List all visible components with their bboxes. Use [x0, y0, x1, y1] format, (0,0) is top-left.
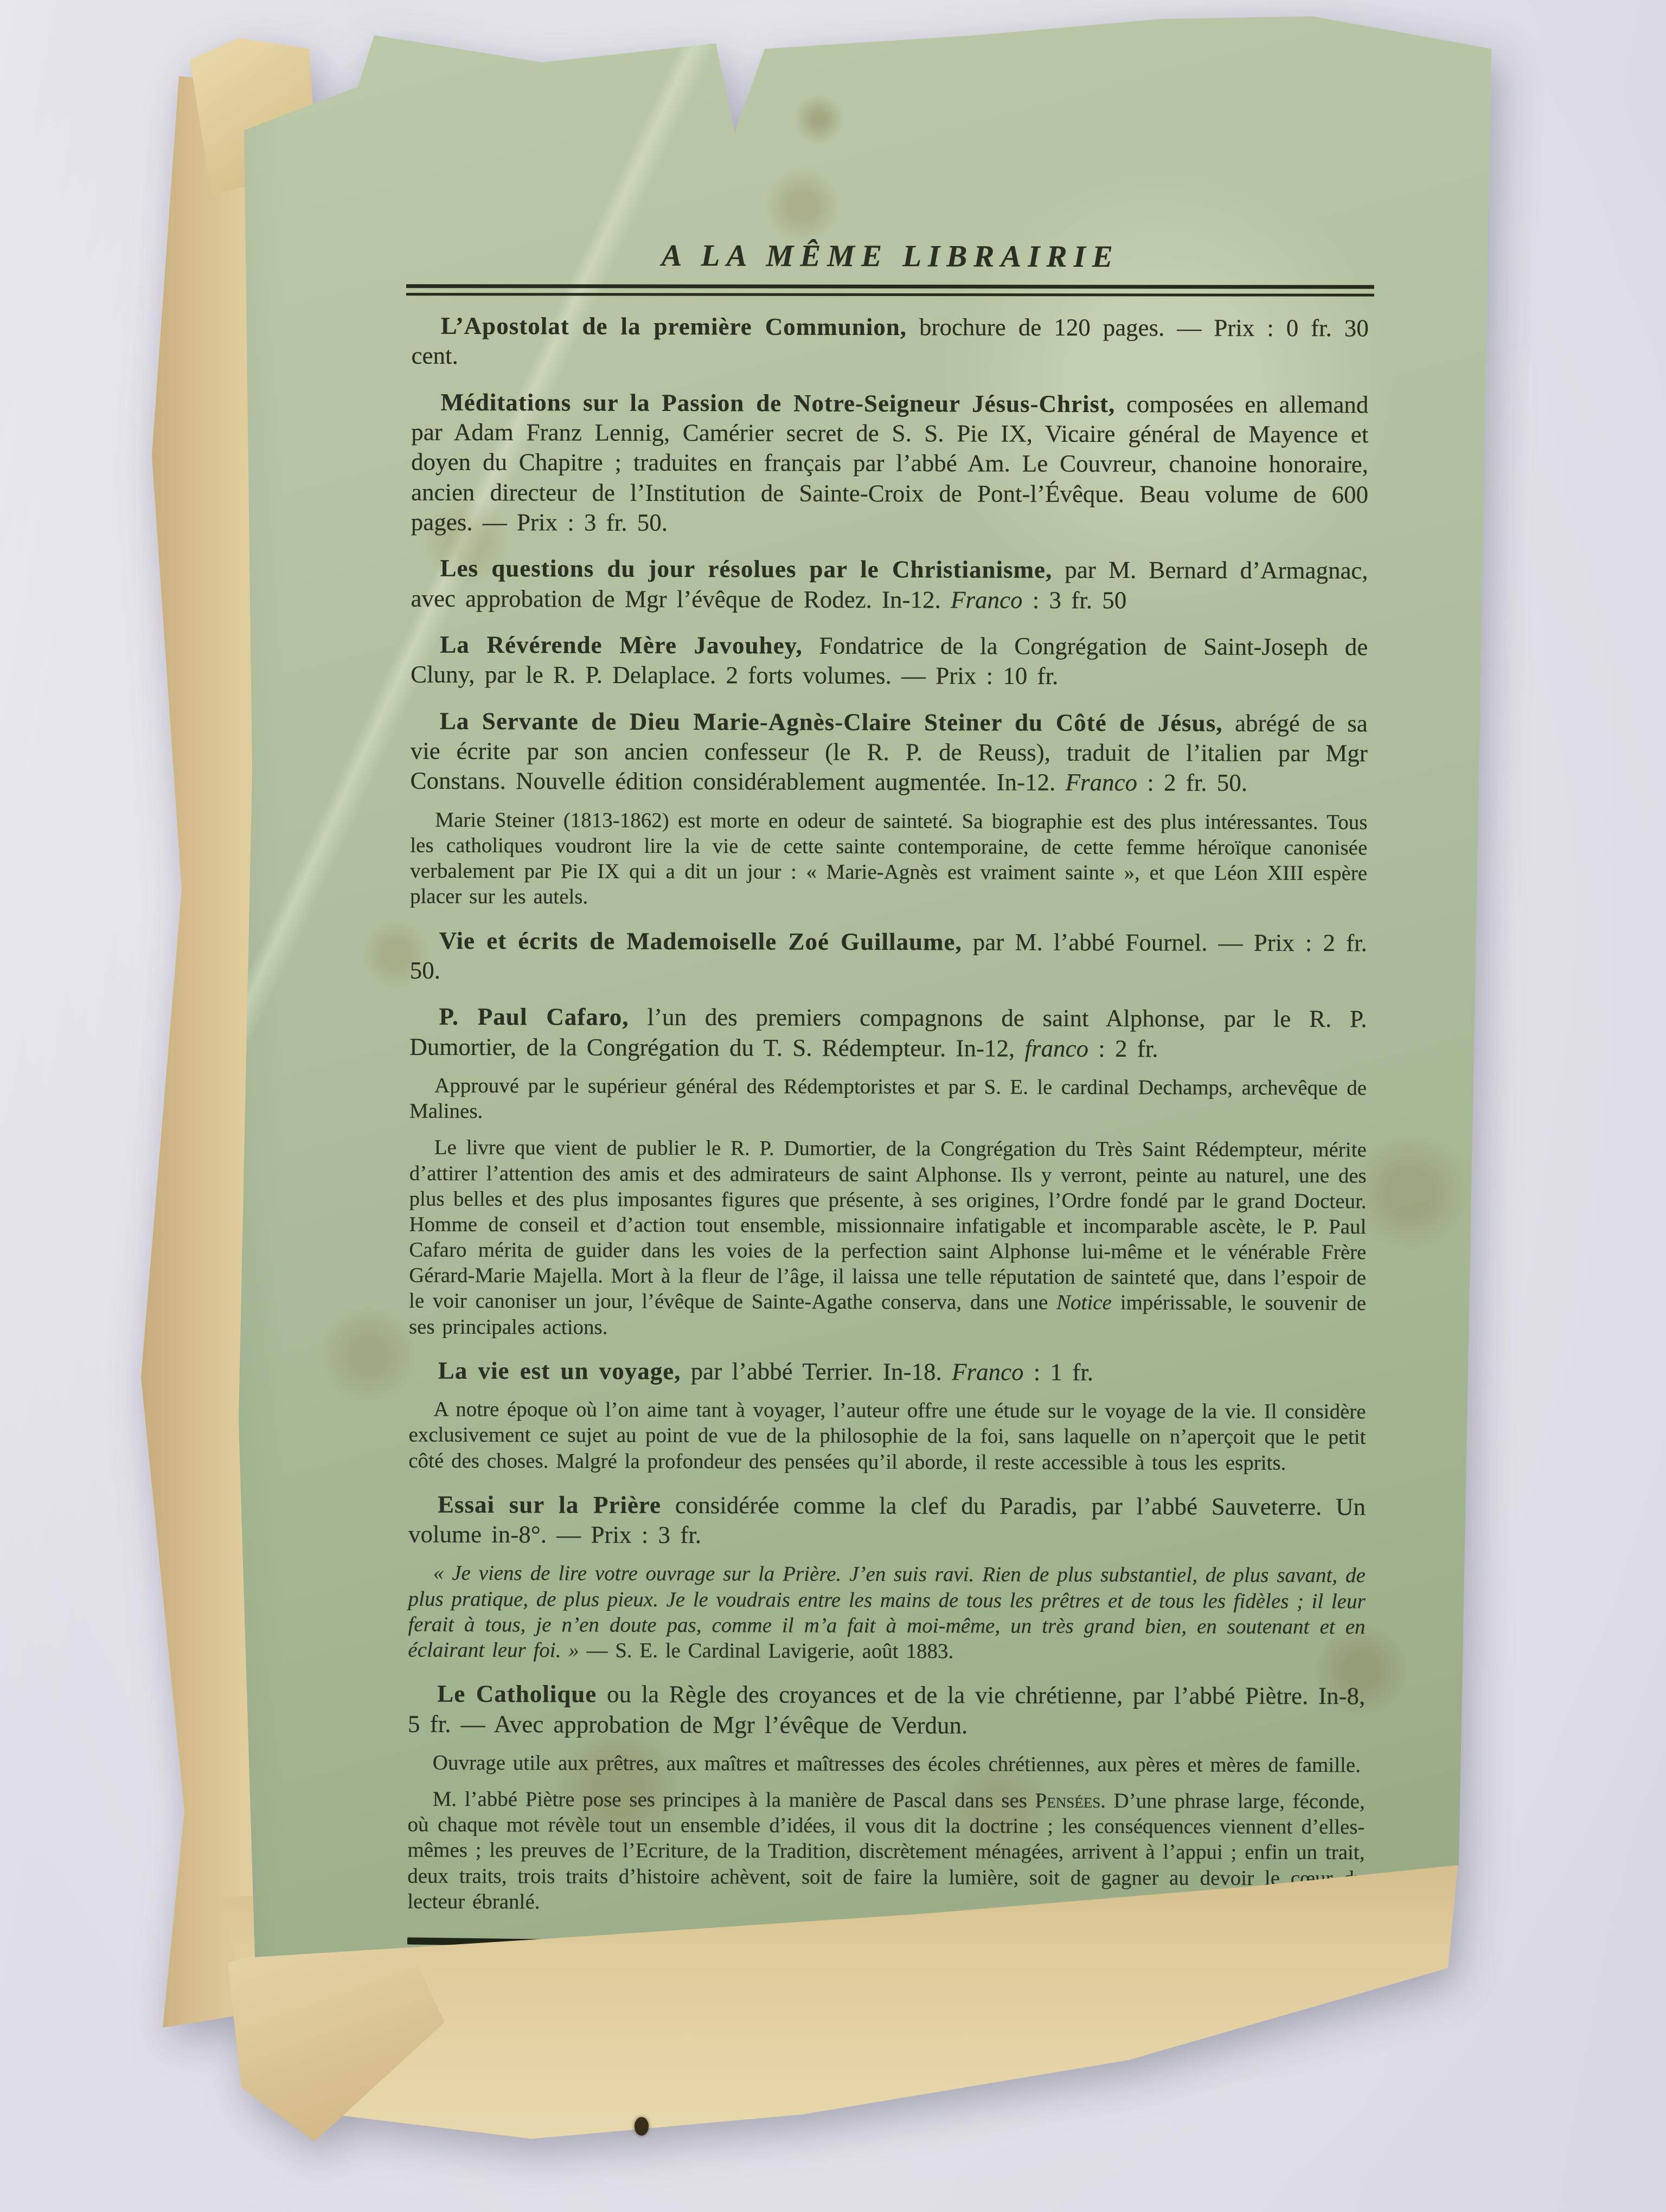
note-review-voyage: A notre époque où l’on aime tant à voyag… — [408, 1397, 1366, 1476]
entry-servante-de-dieu: La Servante de Dieu Marie-Agnès-Claire S… — [411, 706, 1368, 799]
entry-zoe-guillaume: Vie et écrits de Mademoiselle Zoé Guilla… — [410, 925, 1367, 988]
note-ouvrage-utile: Ouvrage utile aux prêtres, aux maîtres e… — [408, 1750, 1365, 1778]
entry-le-catholique: Le Catholique ou la Règle des croyances … — [408, 1679, 1365, 1741]
page-content: A LA MÊME LIBRAIRIE L’Apostolat de la pr… — [407, 237, 1369, 1986]
worm-hole-speck — [635, 2117, 649, 2136]
entry-meditations: Méditations sur la Passion de Notre-Seig… — [411, 387, 1369, 539]
note-marie-steiner: Marie Steiner (1813-1862) est morte en o… — [410, 807, 1367, 912]
entry-essai-priere: Essai sur la Prière considérée comme la … — [408, 1489, 1366, 1552]
title-double-rule — [406, 284, 1374, 297]
entry-paul-cafaro: P. Paul Cafaro, l’un des premiers compag… — [409, 1002, 1367, 1064]
page-title: A LA MÊME LIBRAIRIE — [412, 237, 1369, 275]
book-advert-page: A LA MÊME LIBRAIRIE L’Apostolat de la pr… — [163, 11, 1497, 1995]
entry-apostolat: L’Apostolat de la première Communion, br… — [412, 311, 1369, 374]
entry-mere-javouhey: La Révérende Mère Javouhey, Fondatrice d… — [411, 630, 1368, 692]
note-review-cafaro: Le livre que vient de publier le R. P. D… — [409, 1135, 1367, 1342]
entry-vie-voyage: La vie est un voyage, par l’abbé Terrier… — [409, 1356, 1366, 1388]
entry-questions-du-jour: Les questions du jour résolues par le Ch… — [411, 554, 1368, 616]
note-approbation-cafaro: Approuvé par le supérieur général des Ré… — [409, 1073, 1367, 1127]
photographed-book-stack: A LA MÊME LIBRAIRIE L’Apostolat de la pr… — [0, 0, 1666, 2212]
note-quote-lavigerie: « Je viens de lire votre ouvrage sur la … — [408, 1560, 1365, 1665]
